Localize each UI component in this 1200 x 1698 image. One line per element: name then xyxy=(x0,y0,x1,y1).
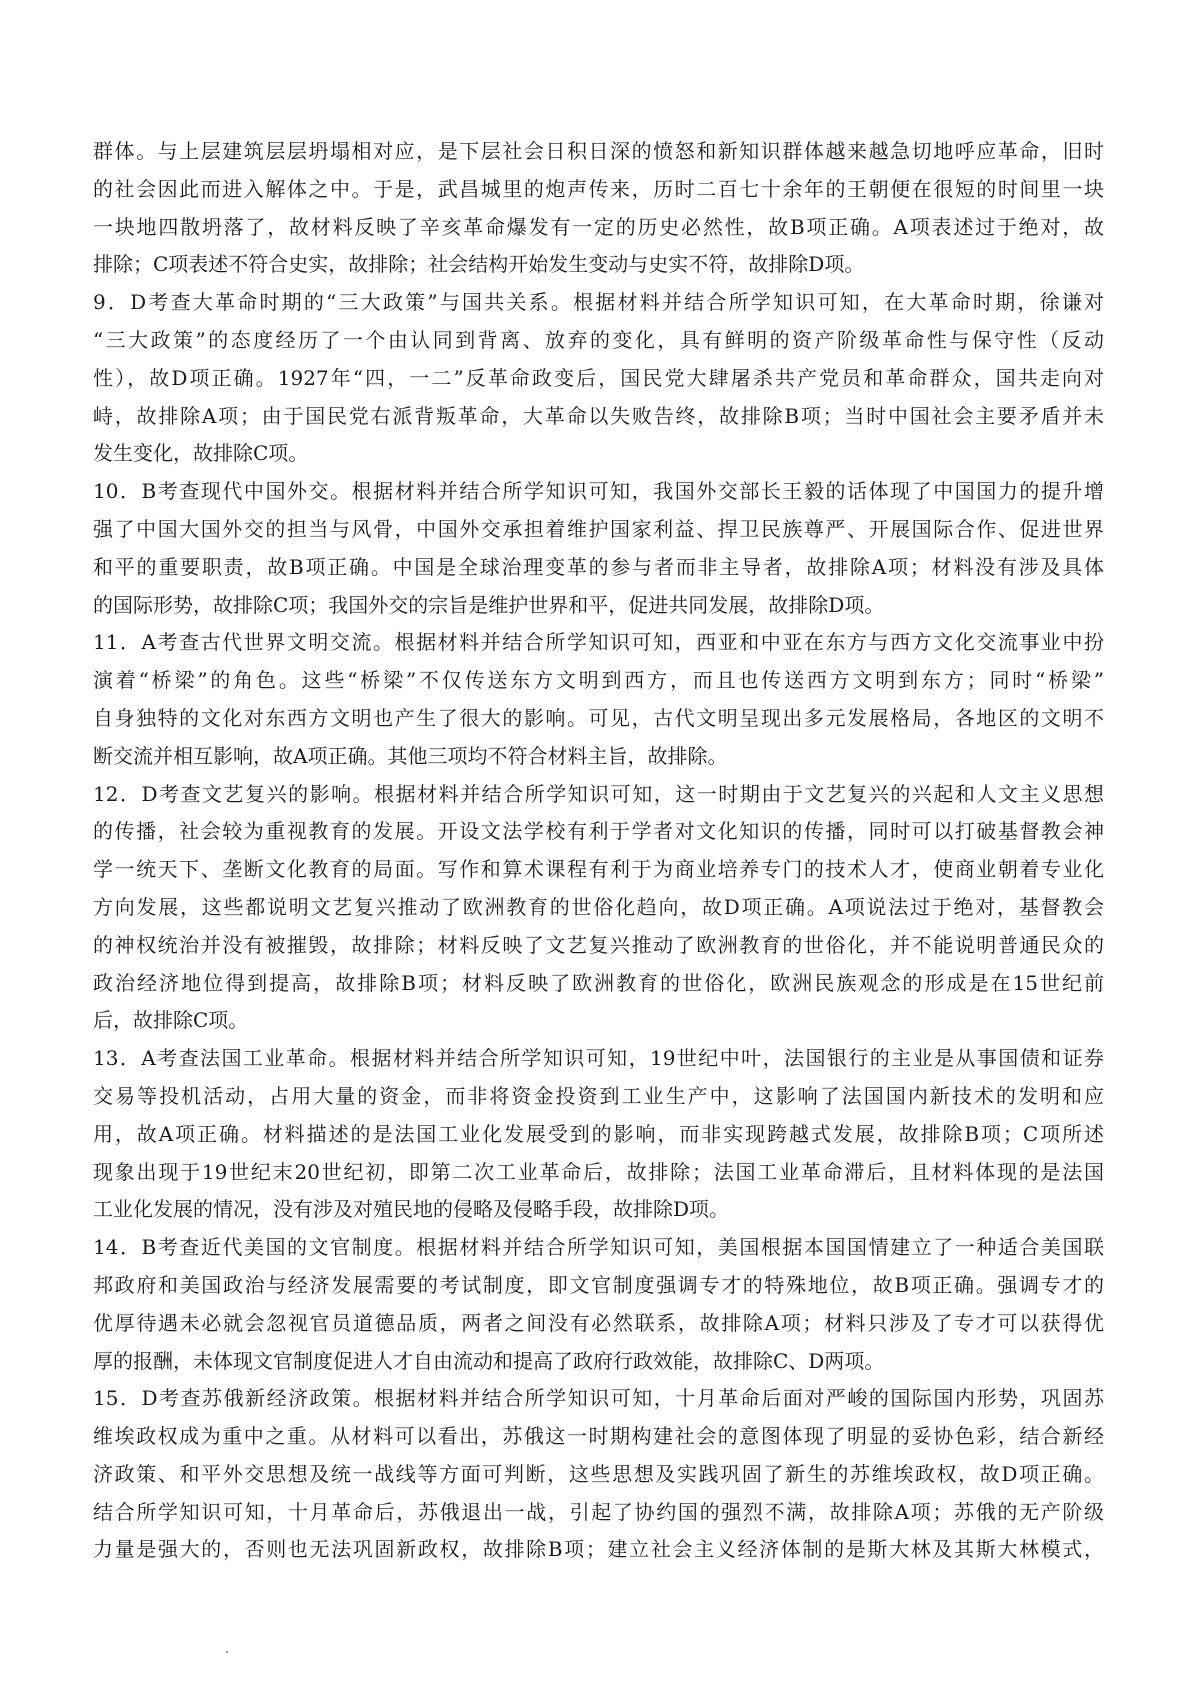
paragraph-q11: 11．A考查古代世界文明交流。根据材料并结合所学知识可知，西亚和中亚在东方与西方… xyxy=(93,624,1104,775)
text-line: 济政策、和平外交思想及统一战线等方面可判断，这些思想及实践巩固了新生的苏维埃政权… xyxy=(93,1456,1104,1494)
text-line: 用，故A项正确。材料描述的是法国工业化发展受到的影响，而非实现跨越式发展，故排除… xyxy=(93,1116,1104,1154)
paragraph-q14: 14．B考查近代美国的文官制度。根据材料并结合所学知识可知，美国根据本国国情建立… xyxy=(93,1229,1104,1380)
text-line: 14．B考查近代美国的文官制度。根据材料并结合所学知识可知，美国根据本国国情建立… xyxy=(93,1229,1104,1267)
paragraph-q15: 15．D考查苏俄新经济政策。根据材料并结合所学知识可知，十月革命后面对严峻的国际… xyxy=(93,1380,1104,1569)
text-line: 演着“桥梁”的角色。这些“桥梁”不仅传送东方文明到西方，而且也传送西方文明到东方… xyxy=(93,662,1104,700)
footer-mark xyxy=(226,1651,228,1653)
text-line: 后，故排除C项。 xyxy=(93,1002,1104,1040)
text-line: 工业化发展的情况，没有涉及对殖民地的侵略及侵略手段，故排除D项。 xyxy=(93,1191,1104,1229)
text-line: 发生变化，故排除C项。 xyxy=(93,435,1104,473)
text-line: 断交流并相互影响，故A项正确。其他三项均不符合材料主旨，故排除。 xyxy=(93,738,1104,776)
text-line: 方向发展，这些都说明文艺复兴推动了欧洲教育的世俗化趋向，故D项正确。A项说法过于… xyxy=(93,889,1104,927)
text-line: 一块地四散坍落了，故材料反映了辛亥革命爆发有一定的历史必然性，故B项正确。A项表… xyxy=(93,209,1104,247)
text-line: 峙，故排除A项；由于国民党右派背叛革命，大革命以失败告终，故排除B项；当时中国社… xyxy=(93,398,1104,436)
text-line: 性），故D项正确。1927年“四，一二”反革命政变后，国民党大肆屠杀共产党员和革… xyxy=(93,360,1104,398)
text-line: 政治经济地位得到提高，故排除B项；材料反映了欧洲教育的世俗化，欧洲民族观念的形成… xyxy=(93,965,1104,1003)
paragraph-q8-tail: 群体。与上层建筑层层坍塌相对应，是下层社会日积日深的愤怒和新知识群体越来越急切地… xyxy=(93,133,1104,284)
answer-explanations-page: 群体。与上层建筑层层坍塌相对应，是下层社会日积日深的愤怒和新知识群体越来越急切地… xyxy=(93,133,1104,1569)
text-line: 现象出现于19世纪末20世纪初，即第二次工业革命后，故排除；法国工业革命滞后，且… xyxy=(93,1154,1104,1192)
text-line: 的传播，社会较为重视教育的发展。开设文法学校有利于学者对文化知识的传播，同时可以… xyxy=(93,813,1104,851)
paragraph-q13: 13．A考查法国工业革命。根据材料并结合所学知识可知，19世纪中叶，法国银行的主… xyxy=(93,1040,1104,1229)
text-line: 和平的重要职责，故B项正确。中国是全球治理变革的参与者而非主导者，故排除A项；材… xyxy=(93,549,1104,587)
paragraph-q10: 10．B考查现代中国外交。根据材料并结合所学知识可知，我国外交部长王毅的话体现了… xyxy=(93,473,1104,624)
text-line: 的神权统治并没有被摧毁，故排除；材料反映了文艺复兴推动了欧洲教育的世俗化，并不能… xyxy=(93,927,1104,965)
text-line: 强了中国大国外交的担当与风骨，中国外交承担着维护国家利益、捍卫民族尊严、开展国际… xyxy=(93,511,1104,549)
text-line: “三大政策”的态度经历了一个由认同到背离、放弃的变化，具有鲜明的资产阶级革命性与… xyxy=(93,322,1104,360)
text-line: 自身独特的文化对东西方文明也产生了很大的影响。可见，古代文明呈现出多元发展格局，… xyxy=(93,700,1104,738)
text-line: 优厚待遇未必就会忽视官员道德品质，两者之间没有必然联系，故排除A项；材料只涉及了… xyxy=(93,1305,1104,1343)
text-line: 群体。与上层建筑层层坍塌相对应，是下层社会日积日深的愤怒和新知识群体越来越急切地… xyxy=(93,133,1104,171)
text-line: 邦政府和美国政治与经济发展需要的考试制度，即文官制度强调专才的特殊地位，故B项正… xyxy=(93,1267,1104,1305)
text-line: 12．D考查文艺复兴的影响。根据材料并结合所学知识可知，这一时期由于文艺复兴的兴… xyxy=(93,776,1104,814)
text-line: 15．D考查苏俄新经济政策。根据材料并结合所学知识可知，十月革命后面对严峻的国际… xyxy=(93,1380,1104,1418)
text-line: 结合所学知识可知，十月革命后，苏俄退出一战，引起了协约国的强烈不满，故排除A项；… xyxy=(93,1494,1104,1532)
text-line: 学一统天下、垄断文化教育的局面。写作和算术课程有利于为商业培养专门的技术人才，使… xyxy=(93,851,1104,889)
text-line: 的国际形势，故排除C项；我国外交的宗旨是维护世界和平，促进共同发展，故排除D项。 xyxy=(93,587,1104,625)
text-line: 的社会因此而进入解体之中。于是，武昌城里的炮声传来，历时二百七十余年的王朝便在很… xyxy=(93,171,1104,209)
text-line: 交易等投机活动，占用大量的资金，而非将资金投资到工业生产中，这影响了法国国内新技… xyxy=(93,1078,1104,1116)
paragraph-q12: 12．D考查文艺复兴的影响。根据材料并结合所学知识可知，这一时期由于文艺复兴的兴… xyxy=(93,776,1104,1041)
text-line: 9．D考查大革命时期的“三大政策”与国共关系。根据材料并结合所学知识可知，在大革… xyxy=(93,284,1104,322)
text-line: 11．A考查古代世界文明交流。根据材料并结合所学知识可知，西亚和中亚在东方与西方… xyxy=(93,624,1104,662)
paragraph-q9: 9．D考查大革命时期的“三大政策”与国共关系。根据材料并结合所学知识可知，在大革… xyxy=(93,284,1104,473)
text-line: 厚的报酬，未体现文官制度促进人才自由流动和提高了政府行政效能，故排除C、D两项。 xyxy=(93,1343,1104,1381)
text-line: 13．A考查法国工业革命。根据材料并结合所学知识可知，19世纪中叶，法国银行的主… xyxy=(93,1040,1104,1078)
text-line: 10．B考查现代中国外交。根据材料并结合所学知识可知，我国外交部长王毅的话体现了… xyxy=(93,473,1104,511)
text-line: 力量是强大的，否则也无法巩固新政权，故排除B项；建立社会主义经济体制的是斯大林及… xyxy=(93,1531,1104,1569)
text-line: 维埃政权成为重中之重。从材料可以看出，苏俄这一时期构建社会的意图体现了明显的妥协… xyxy=(93,1418,1104,1456)
text-line: 排除；C项表述不符合史实，故排除；社会结构开始发生变动与史实不符，故排除D项。 xyxy=(93,246,1104,284)
